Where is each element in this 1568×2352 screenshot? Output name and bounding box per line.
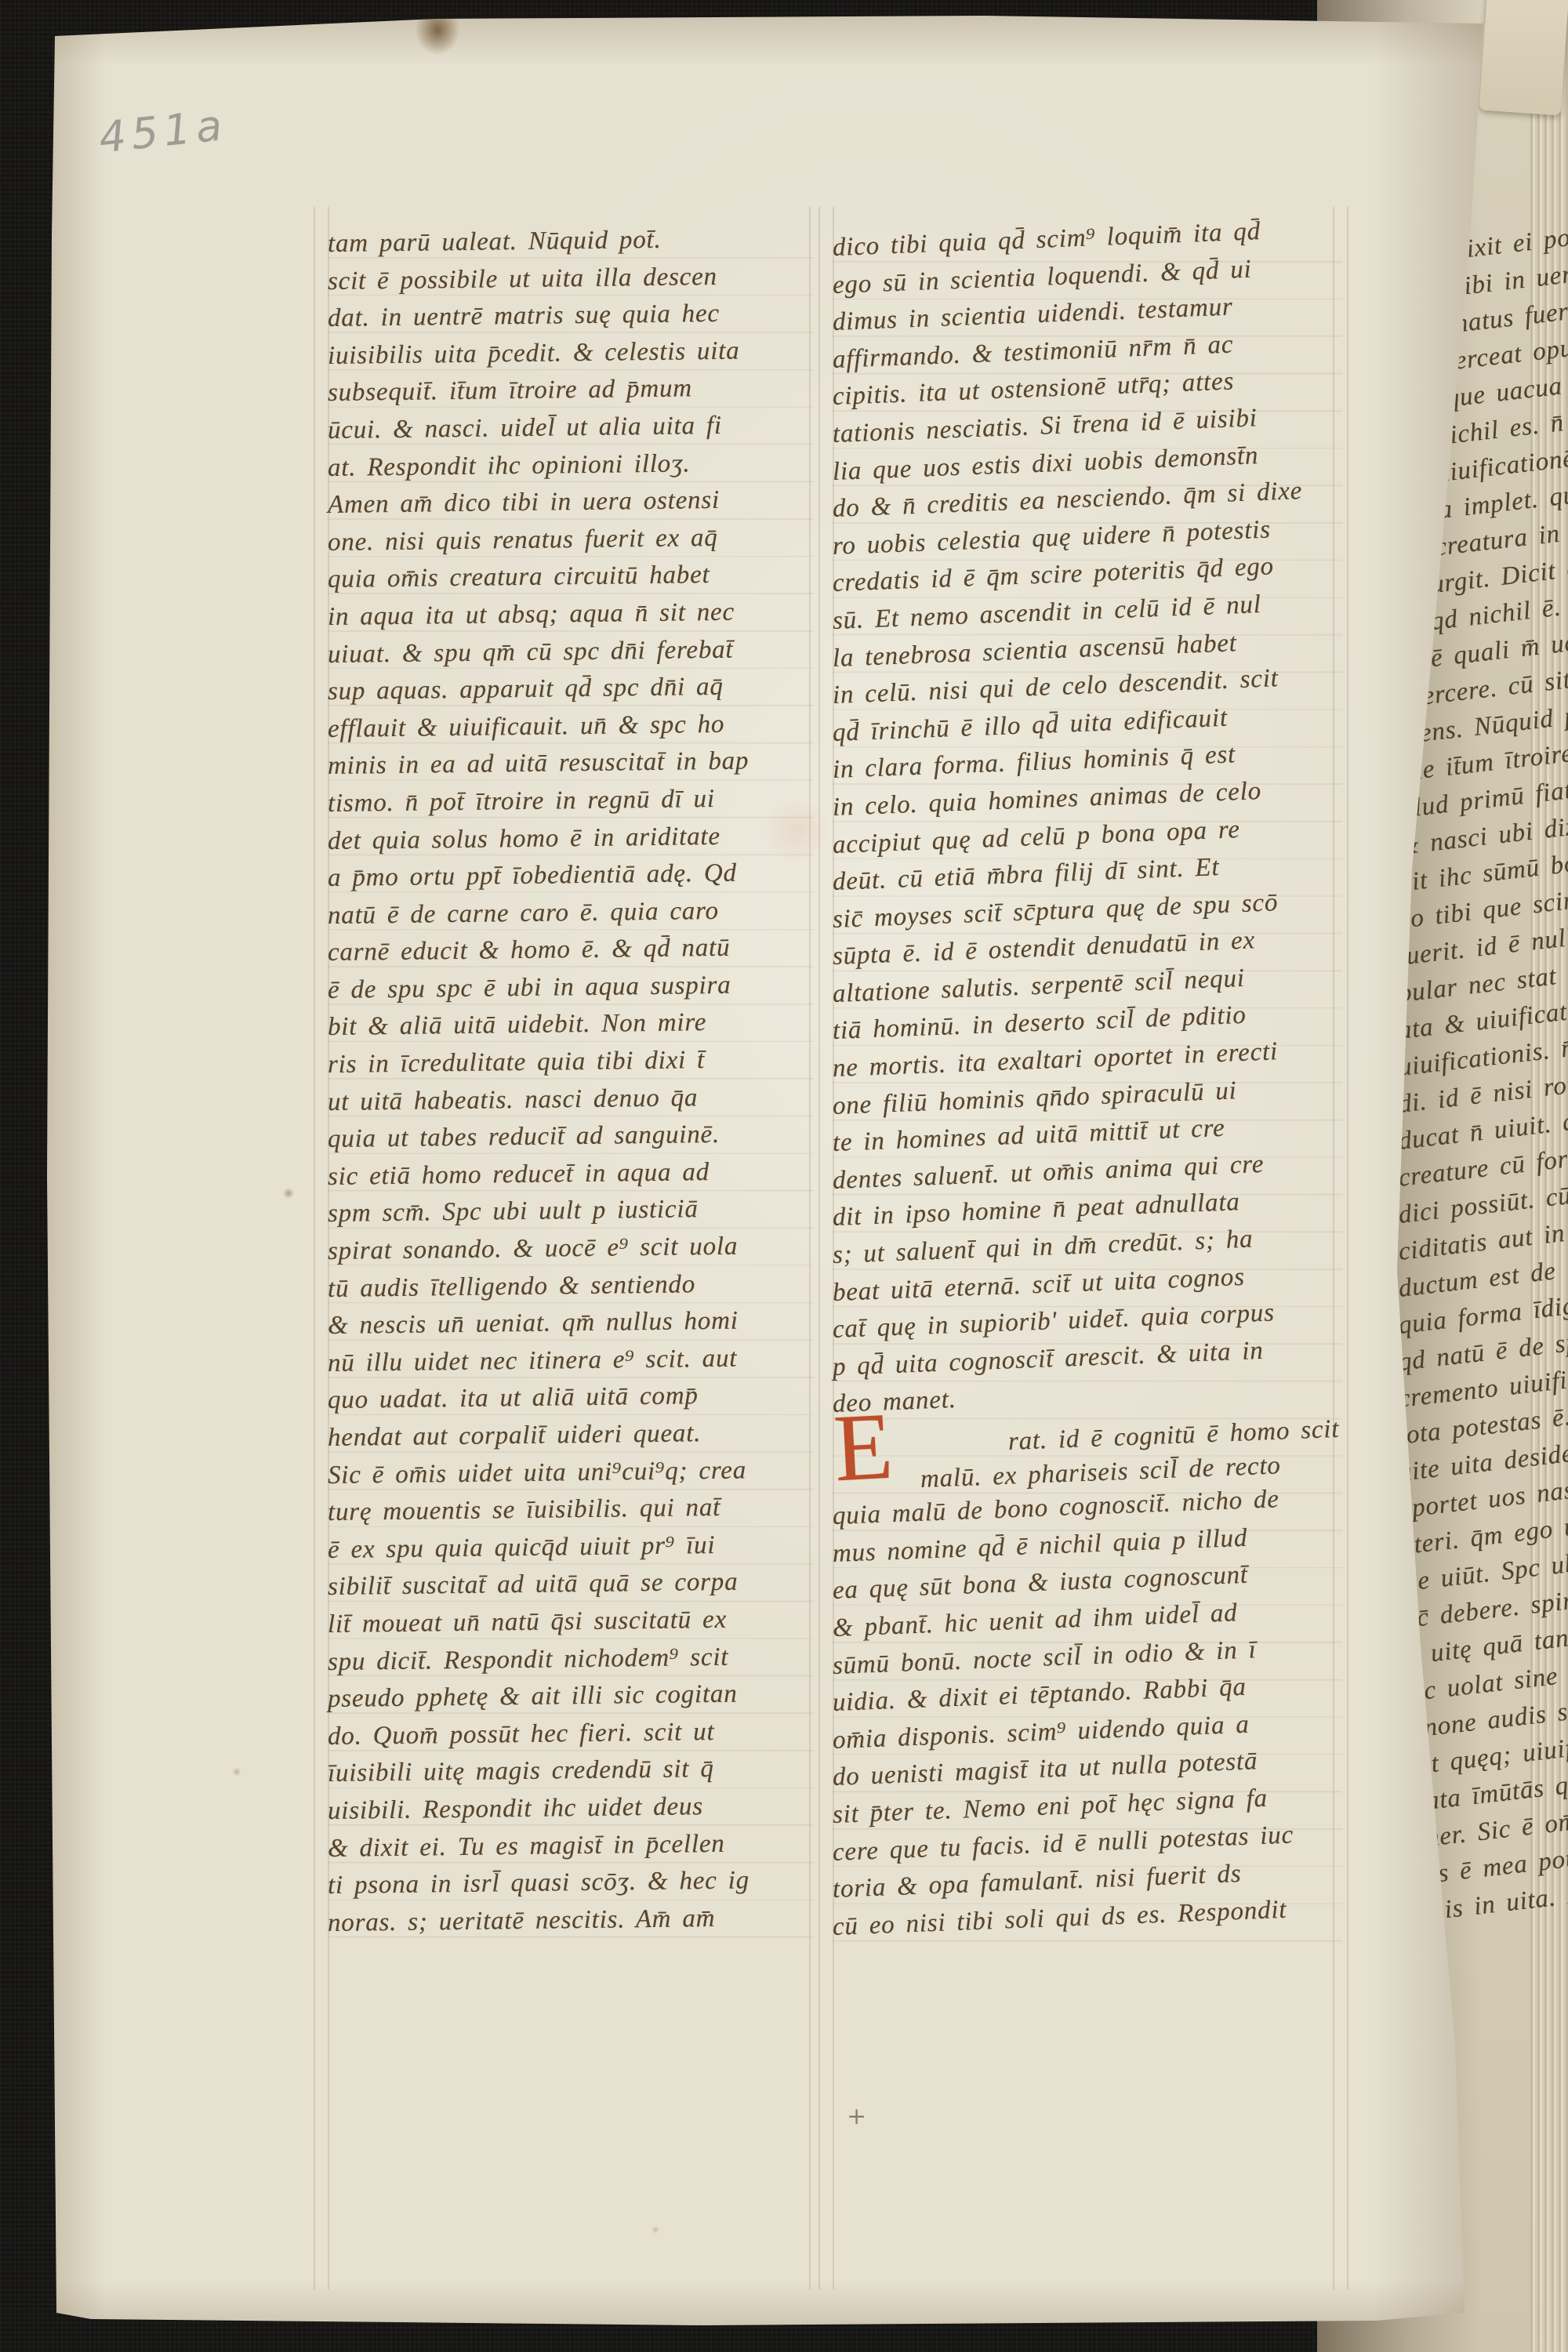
text-column-1: tam parū ualeat. Nūquid pot̄.scit ē poss…: [328, 226, 814, 1942]
text-line: lit̄ moueat un̄ natū q̄si suscitatū ex: [328, 1600, 815, 1643]
text-line: at. Respondit ihc opinioni illoʒ.: [328, 444, 815, 487]
text-line: ris in īcredulitate quia tibi dixi t̄: [328, 1040, 815, 1083]
manuscript-page: 451a tam parū ualeat. Nūquid pot̄.scit ē…: [44, 16, 1490, 2327]
text-line: noras. s; ueritatē nescitis. Am̄ am̄: [328, 1899, 815, 1942]
text-line: turę mouentis se īuisibilis. qui nat̄: [328, 1489, 815, 1532]
text-line: tam parū ualeat. Nūquid pot̄.: [328, 220, 815, 263]
text-line: carnē educit & homo ē. & qd̄ natū: [328, 929, 815, 972]
text-line: bit & aliā uitā uidebit. Non mire: [328, 1004, 815, 1047]
ruling-line-vertical: [1347, 207, 1348, 2289]
text-line: in aqua ita ut absq; aqua n̄ sit nec: [328, 593, 815, 636]
text-line: natū ē de carne caro ē. quia caro: [328, 891, 815, 935]
text-line: pseudo pphetę & ait illi sic cogitan: [328, 1675, 815, 1719]
ruling-line-vertical: [314, 207, 315, 2289]
text-line: tū audis ītelligendo & sentiendo: [328, 1265, 815, 1308]
text-line: quia ut tabes reducit̄ ad sanguinē.: [328, 1116, 815, 1159]
text-line: ē ex spu quia quicq̄d uiuit pr⁹ īui: [328, 1526, 815, 1569]
text-line: one. nisi quis renatus fuerit ex aq̄: [328, 518, 815, 561]
column-2-initial-paragraph-rest: quia malū de bono cognoscit̄. nicho demu…: [833, 1498, 1342, 1946]
text-line: iuisibilis uita p̄cedit. & celestis uita: [328, 332, 815, 375]
ruling-line-vertical: [818, 207, 820, 2289]
text-line: tismo. n̄ pot̄ ītroire in regnū dī ui: [328, 779, 815, 822]
text-line: nū illu uidet nec itinera e⁹ scit. aut: [328, 1339, 815, 1382]
text-line: spirat sonando. & uocē e⁹ scit uola: [328, 1227, 815, 1270]
text-line: det quia solus homo ē in ariditate: [328, 817, 815, 860]
text-line: īuisibili uitę magis credendū sit q̄: [328, 1750, 815, 1793]
text-line: do. Quom̄ possūt hec fieri. scit ut: [328, 1712, 815, 1755]
text-line: Sic ē om̄is uidet uita uni⁹cui⁹q; crea: [328, 1451, 815, 1494]
text-line: uiuat. & spu qm̄ cū spc dn̄i ferebat̄: [328, 630, 815, 673]
text-line: & nescis un̄ ueniat. qm̄ nullus homi: [328, 1302, 815, 1345]
text-line: minis in ea ad uitā resuscitat̄ in bap: [328, 742, 815, 786]
pencil-folio-number: 451a: [96, 100, 230, 163]
text-line: sibilit̄ suscitat̄ ad uitā quā se corpa: [328, 1563, 815, 1606]
text-line: Amen am̄ dico tibi in uera ostensi: [328, 481, 815, 524]
text-line: & dixit ei. Tu es magist̄ in p̄cellen: [328, 1824, 815, 1867]
text-line: scit ē possibile ut uita illa descen: [328, 257, 815, 300]
text-line: uisibili. Respondit ihc uidet deus: [328, 1787, 815, 1830]
text-line: spm scm̄. Spc ubi uult p iusticiā: [328, 1190, 815, 1233]
text-line: ūcui. & nasci. uidel̄ ut alia uita fi: [328, 406, 815, 449]
text-line: ut uitā habeatis. nasci denuo q̄a: [328, 1078, 815, 1121]
text-column-2: dico tibi quia qd̄ scim⁹ loquim̄ ita qd̄…: [833, 230, 1342, 1946]
text-line: quia om̄is creatura circuitū habet: [328, 556, 815, 599]
parchment-corner-tab: [1479, 0, 1568, 115]
text-line: ti psona in isrl̄ quasi scōʒ. & hec ig: [328, 1862, 815, 1905]
text-line: subsequit̄. it̄um ītroire ad p̄mum: [328, 369, 815, 412]
text-line: sup aquas. apparuit qd̄ spc dn̄i aq̄: [328, 668, 815, 711]
text-line: ē de spu spc ē ubi in aqua suspira: [328, 966, 815, 1009]
column-2-upper-text: dico tibi quia qd̄ scim⁹ loquim̄ ita qd̄…: [833, 230, 1342, 1424]
text-line: a p̄mo ortu ppt̄ īobedientiā adę. Qd: [328, 855, 815, 898]
quire-cross-mark: +: [847, 2103, 866, 2130]
text-line: spu dicit̄. Respondit nichodem⁹ scit: [328, 1638, 815, 1681]
text-line: dat. in uentrē matris suę quia hec: [328, 295, 815, 338]
text-line: hendat aut corpalit̄ uideri queat.: [328, 1414, 815, 1457]
text-line: sic etiā homo reducet̄ in aqua ad: [328, 1152, 815, 1196]
text-line: efflauit & uiuificauit. un̄ & spc ho: [328, 705, 815, 748]
text-line: quo uadat. ita ut aliā uitā comp̄: [328, 1377, 815, 1420]
